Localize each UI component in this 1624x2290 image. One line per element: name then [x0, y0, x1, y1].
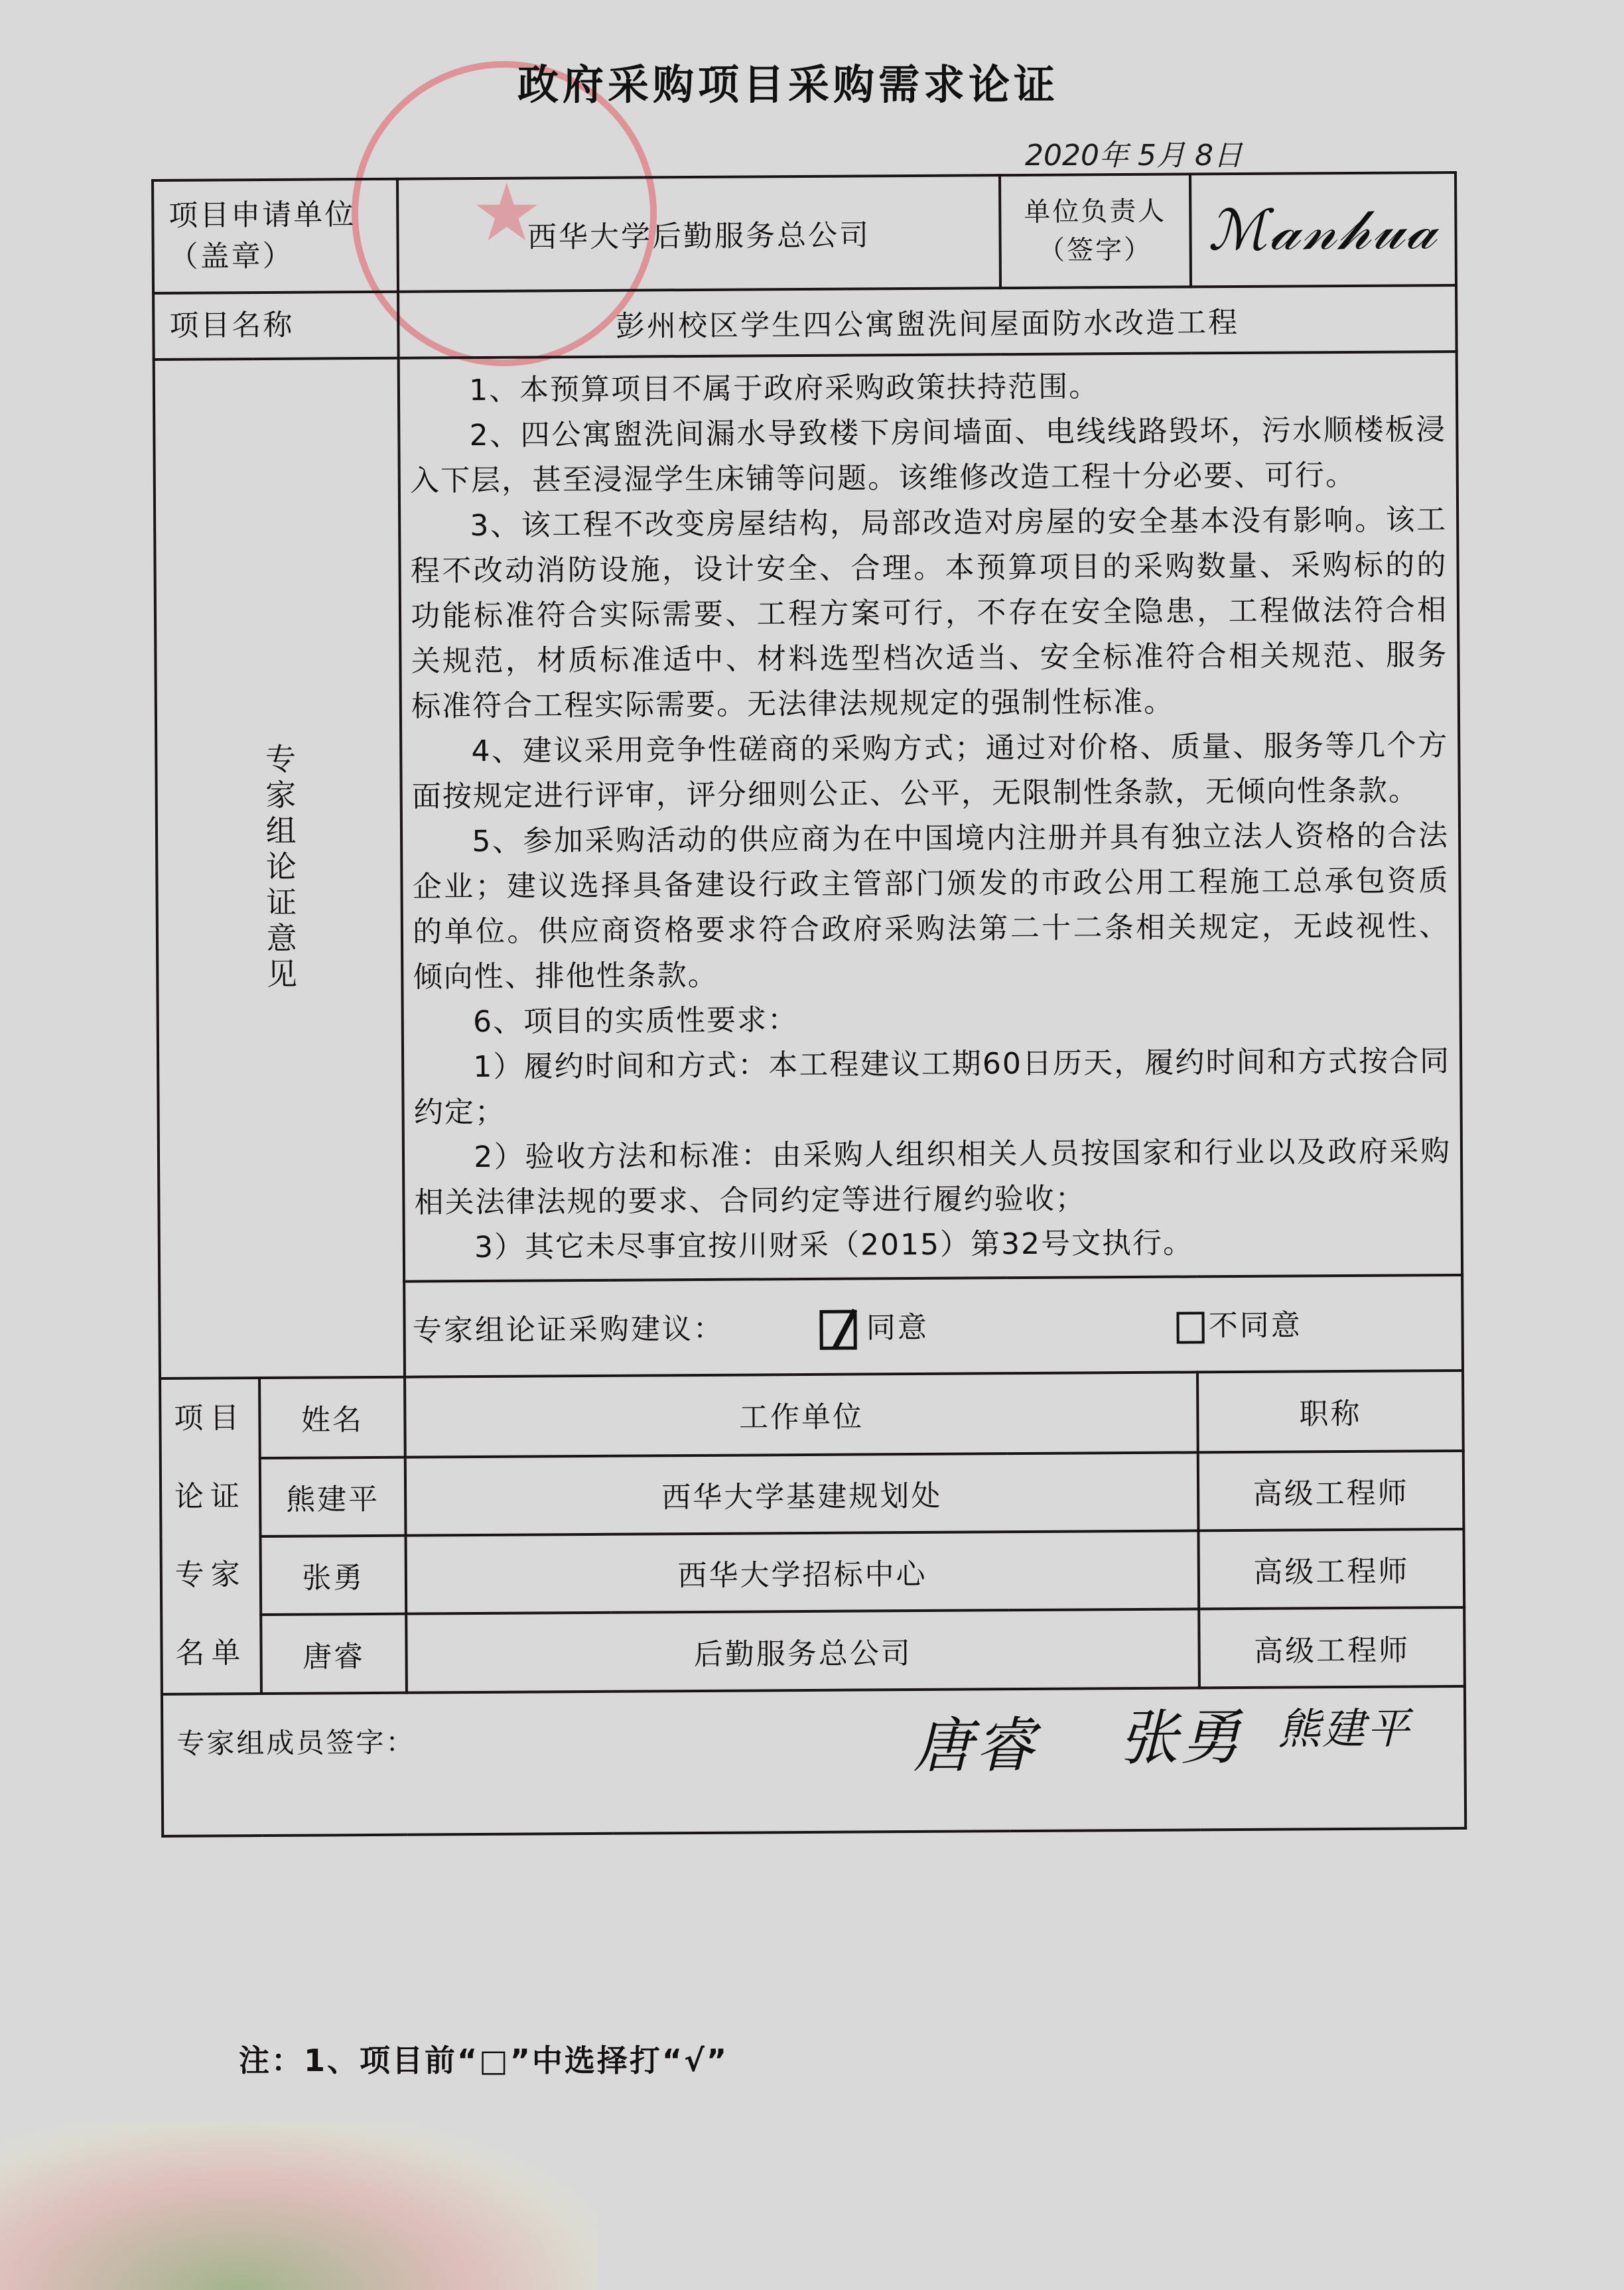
expert-title: 高级工程师: [1198, 1450, 1464, 1530]
applicant-value: 西华大学后勤服务总公司: [527, 218, 870, 254]
signature-xiong-jianping: 熊建平: [1278, 1694, 1412, 1756]
opinion-label-cell: 专家组论证意见: [154, 358, 405, 1379]
expert-header-row: 项目 论证 专家 名单 姓名 工作单位 职称: [160, 1371, 1463, 1458]
applicant-label-cell: 项目申请单位 （盖章）: [153, 179, 398, 293]
column-header-name: 姓名: [259, 1377, 405, 1458]
decision-label: 专家组论证采购建议：: [413, 1312, 724, 1347]
expert-row: 熊建平 西华大学基建规划处 高级工程师: [161, 1450, 1464, 1536]
disagree-option[interactable]: 不同意: [1177, 1308, 1302, 1343]
opinion-paragraph-5: 5、参加采购活动的供应商为在中国境内注册并具有独立法人资格的合法企业；建议选择具…: [412, 813, 1450, 1000]
applicant-label: 项目申请单位: [169, 194, 397, 237]
opinion-paragraph-3: 3、该工程不改变房屋结构，局部改造对房屋的安全基本没有影响。该工程不改动消防设施…: [410, 498, 1448, 730]
project-name-value: 彭州校区学生四公寓盥洗间屋面防水改造工程: [398, 285, 1456, 358]
disagree-checkbox[interactable]: [1177, 1312, 1205, 1343]
agree-option[interactable]: 同意: [820, 1310, 940, 1345]
procurement-form-table: 项目申请单位 （盖章） 西华大学后勤服务总公司 单位负责人 （签字） ℳ𝒶𝓃𝒽𝓊…: [151, 171, 1467, 1838]
responsible-signature-cell: ℳ𝒶𝓃𝒽𝓊𝒶: [1190, 172, 1456, 287]
responsible-signature: ℳ𝒶𝓃𝒽𝓊𝒶: [1208, 196, 1439, 263]
page-title: 政府采购项目采购需求论证: [517, 52, 1059, 111]
opinion-paragraph-6: 6、项目的实质性要求：: [413, 994, 1450, 1045]
expert-name: 熊建平: [260, 1457, 406, 1536]
opinion-paragraph-1: 1、本预算项目不属于政府采购政策扶持范围。: [409, 362, 1446, 414]
scan-color-stain: [0, 2123, 597, 2290]
column-header-unit: 工作单位: [405, 1372, 1198, 1457]
responsible-sign-hint: （签字）: [1001, 230, 1189, 270]
expert-title: 高级工程师: [1199, 1607, 1465, 1688]
signature-cell: 专家组成员签字： 唐睿 张勇 熊建平: [162, 1686, 1465, 1836]
agree-checkbox[interactable]: [820, 1310, 857, 1349]
opinion-paragraph-4: 4、建议采用竞争性磋商的采购方式；通过对价格、质量、服务等几个方面按规定进行评审…: [411, 723, 1449, 820]
project-name-label: 项目名称: [153, 292, 399, 360]
responsible-label: 单位负责人: [1001, 192, 1189, 232]
signature-zhang-yong: 张勇: [1118, 1689, 1243, 1776]
expert-side-label-2: 论证: [162, 1457, 259, 1536]
expert-side-label-4: 名单: [163, 1614, 259, 1693]
opinion-paragraph-6-1: 1）履约时间和方式：本工程建议工期60日历天，履约时间和方式按合同约定；: [413, 1039, 1451, 1136]
opinion-text-cell: 1、本预算项目不属于政府采购政策扶持范围。 2、四公寓盥洗间漏水导致楼下房间墙面…: [399, 352, 1462, 1282]
signature-row: 专家组成员签字： 唐睿 张勇 熊建平: [162, 1686, 1465, 1836]
opinion-paragraph-2: 2、四公寓盥洗间漏水导致楼下房间墙面、电线线路毁坏，污水顺楼板浸入下层，甚至浸湿…: [409, 407, 1447, 504]
expert-unit: 西华大学基建规划处: [405, 1452, 1199, 1536]
expert-unit: 后勤服务总公司: [406, 1609, 1199, 1693]
expert-side-label-1: 项目: [161, 1379, 258, 1458]
expert-title: 高级工程师: [1199, 1529, 1465, 1609]
decision-cell: 专家组论证采购建议： 同意 不同意: [404, 1275, 1463, 1377]
applicant-value-cell: 西华大学后勤服务总公司: [397, 175, 1000, 292]
applicant-stamp-hint: （盖章）: [169, 236, 397, 278]
expert-row: 张勇 西华大学招标中心 高级工程师: [161, 1529, 1465, 1615]
expert-unit: 西华大学招标中心: [406, 1530, 1199, 1614]
opinion-paragraph-6-2: 2）验收方法和标准：由采购人组织相关人员按国家和行业以及政府采购相关法律法规的要…: [414, 1129, 1452, 1226]
project-name-row: 项目名称 彭州校区学生四公寓盥洗间屋面防水改造工程: [153, 285, 1457, 360]
signature-label: 专家组成员签字：: [176, 1721, 415, 1762]
signature-tang-rui: 唐睿: [913, 1697, 1037, 1784]
expert-name: 唐睿: [261, 1614, 407, 1694]
responsible-label-cell: 单位负责人 （签字）: [1000, 174, 1191, 288]
applicant-row: 项目申请单位 （盖章） 西华大学后勤服务总公司 单位负责人 （签字） ℳ𝒶𝓃𝒽𝓊…: [153, 172, 1456, 293]
expert-side-label-cell: 项目 论证 专家 名单: [160, 1378, 261, 1694]
expert-side-label-3: 专家: [162, 1536, 259, 1615]
opinion-label: 专家组论证意见: [257, 743, 302, 994]
disagree-label: 不同意: [1209, 1308, 1302, 1343]
document-date: 2020年 5月 8日: [1025, 131, 1243, 174]
footnote: 注：1、项目前“□”中选择打“√”: [239, 2037, 728, 2080]
expert-name: 张勇: [260, 1536, 406, 1615]
expert-row: 唐睿 后勤服务总公司 高级工程师: [161, 1607, 1465, 1694]
opinion-paragraph-6-3: 3）其它未尽事宜按川财采（2015）第32号文执行。: [415, 1219, 1452, 1271]
agree-label: 同意: [866, 1310, 929, 1345]
column-header-title: 职称: [1197, 1371, 1463, 1452]
opinion-row: 专家组论证意见 1、本预算项目不属于政府采购政策扶持范围。 2、四公寓盥洗间漏水…: [154, 352, 1462, 1283]
